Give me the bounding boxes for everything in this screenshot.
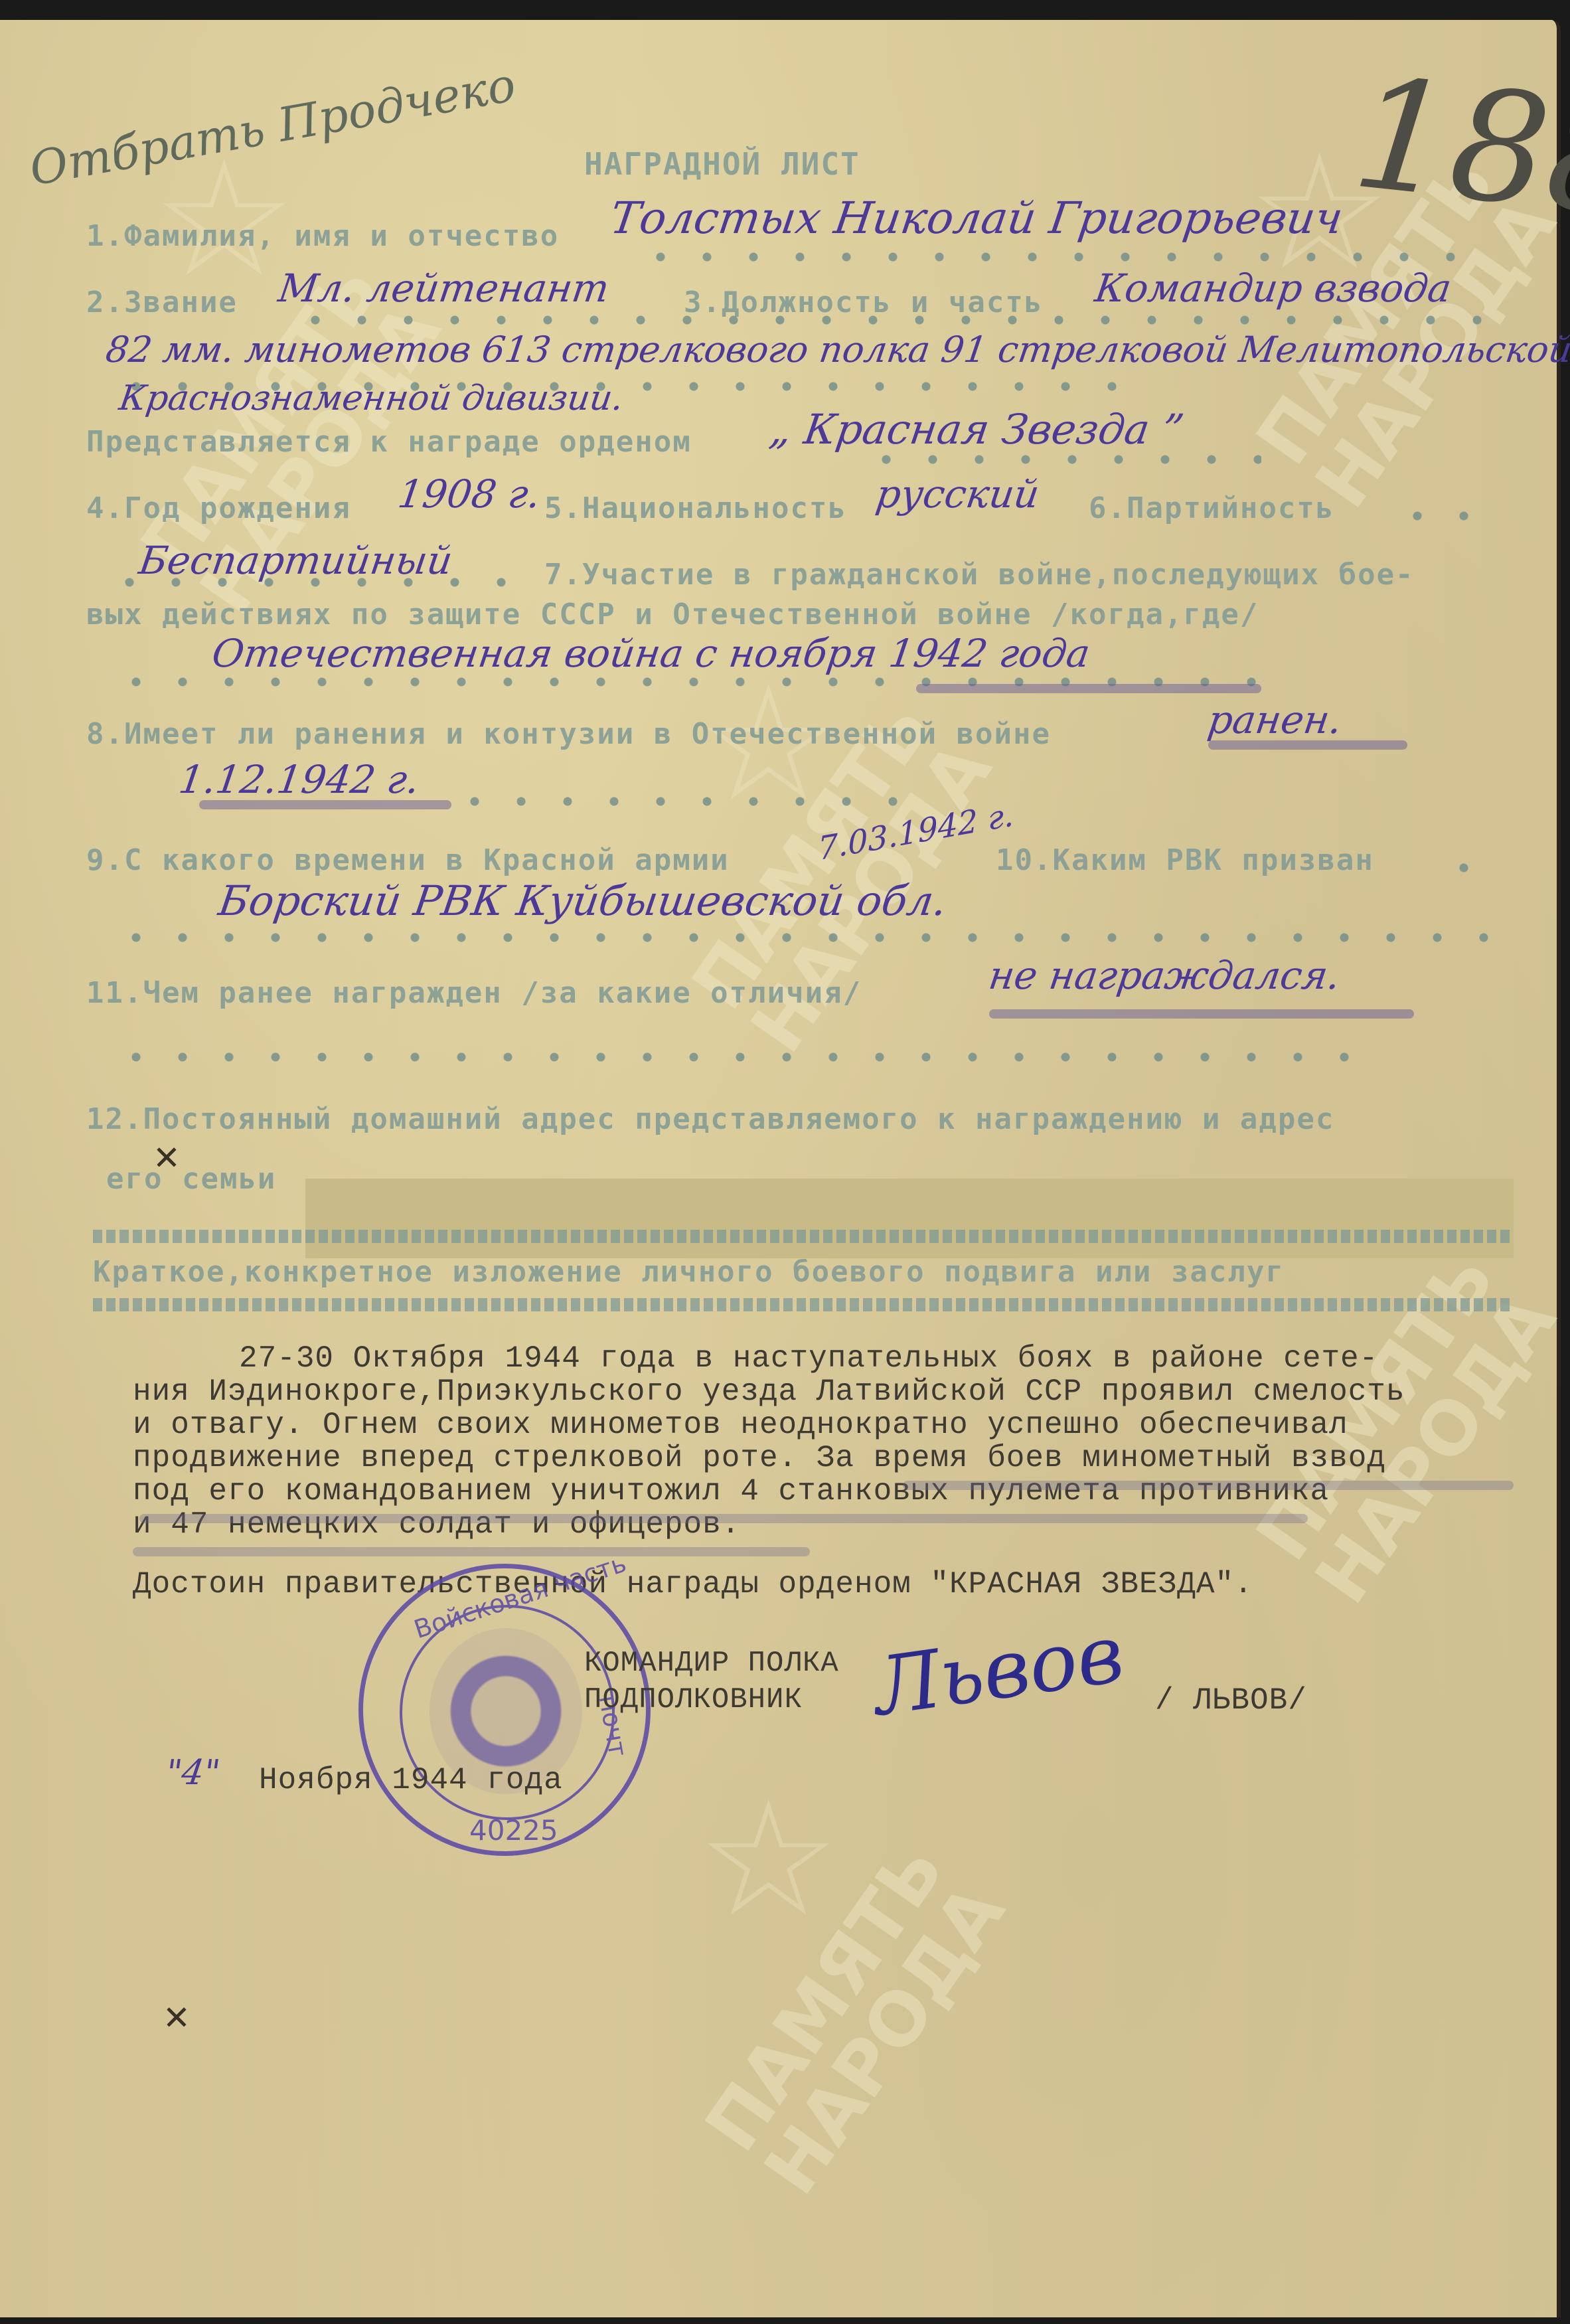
award-value: „ Красная Звезда ”	[767, 405, 1187, 454]
field-2-label: 2.Звание	[86, 286, 238, 319]
dotted-leader	[106, 578, 518, 587]
field-11-value: не награждался.	[986, 953, 1343, 998]
field-8-value-date: 1.12.1942 г.	[176, 757, 422, 802]
field-5-label: 5.Национальность	[544, 491, 847, 525]
field-4-value: 1908 г.	[395, 471, 543, 517]
field-5-value: русский	[873, 471, 1042, 517]
field-7-label-line2: вых действиях по защите СССР и Отечестве…	[86, 598, 1259, 631]
field-10-label: 10.Каким РВК призван	[996, 843, 1374, 877]
field-8-label: 8.Имеет ли ранения и контузии в Отечеств…	[86, 717, 1051, 751]
ink-underline	[989, 1009, 1414, 1019]
award-sheet: ☆ ☆ ☆ ☆ ПАМЯТЬ НАРОДА ПАМЯТЬ НАРОДА ПАМЯ…	[0, 20, 1561, 2317]
field-11-label: 11.Чем ранее награжден /за какие отличия…	[86, 976, 862, 1010]
award-label: Представляется к награде орденом	[86, 425, 692, 459]
pencil-underline	[139, 1514, 1308, 1523]
field-8-value: ранен.	[1205, 697, 1344, 742]
ink-underline	[1208, 740, 1407, 750]
conclusion: Достоин правительственной награды ордено…	[133, 1567, 1253, 1602]
field-9-label: 9.С какого времени в Красной армии	[86, 843, 730, 877]
field-3-label: 3.Должность и часть	[684, 286, 1043, 319]
redacted-address	[305, 1179, 1514, 1258]
body-line: ния Иэдинокроге,Приэкульского уезда Латв…	[133, 1374, 1405, 1409]
signatory-title: КОМАНДИР ПОЛКА	[584, 1647, 839, 1680]
field-7-label-line1: 7.Участие в гражданской войне,последующи…	[544, 558, 1415, 592]
document-title: НАГРАДНОЙ ЛИСТ	[584, 146, 860, 182]
field-2-value: Мл. лейтенант	[275, 266, 612, 311]
dotted-leader	[113, 933, 1520, 942]
paper-damage-mark: ✕	[153, 1139, 181, 1177]
field-3-value: Командир взвода	[1092, 266, 1454, 311]
field-6-label: 6.Партийность	[1089, 491, 1334, 525]
date-month-year: Ноября 1944 года	[259, 1763, 563, 1797]
body-line: под его командованием уничтожил 4 станко…	[133, 1474, 1329, 1509]
stamp-number: 40225	[469, 1814, 558, 1847]
signatory-name: / ЛЬВОВ/	[1155, 1683, 1307, 1718]
field-3-value-line3: Краснознаменной дивизии.	[117, 378, 626, 418]
field-7-value: Отечественная война с ноября 1942 года	[209, 631, 1093, 676]
field-3-value-line2: 82 мм. минометов 613 стрелкового полка 9…	[104, 329, 1570, 371]
sheet-number: 188	[1346, 45, 1570, 252]
field-6-value: Беспартийный	[136, 538, 455, 583]
body-line: продвижение вперед стрелковой роте. За в…	[133, 1441, 1386, 1475]
dotted-leader	[863, 455, 1261, 464]
pencil-underline	[903, 1481, 1514, 1490]
field-4-label: 4.Год рождения	[86, 491, 351, 525]
dotted-leader	[451, 797, 916, 806]
pencil-underline	[133, 1547, 810, 1556]
dotted-leader	[1441, 863, 1494, 872]
dotted-leader	[637, 252, 1487, 262]
signature: Львов	[868, 1612, 1104, 1774]
field-10-value: Борский РВК Куйбышевской обл.	[216, 876, 950, 925]
body-line: и 47 немецких солдат и офицеров.	[133, 1507, 740, 1542]
separator-line	[93, 1230, 1514, 1243]
ink-underline	[199, 800, 451, 809]
paper-damage-mark: ✕	[163, 1999, 191, 2037]
separator-line	[93, 1298, 1514, 1311]
dotted-leader	[1394, 511, 1487, 521]
field-1-value: Толстых Николай Григорьевич	[607, 193, 1346, 244]
field-12-label-line1: 12.Постоянный домашний адрес представляе…	[86, 1102, 1334, 1136]
signatory-rank: ПОДПОЛКОВНИК	[584, 1683, 803, 1716]
dotted-leader	[113, 1052, 1374, 1062]
watermark-star-icon: ☆	[697, 1766, 840, 1952]
field-12-label-line2: его семьи	[106, 1162, 276, 1196]
body-line: и отвагу. Огнем своих минометов неоднокр…	[133, 1408, 1348, 1442]
date-day: "4"	[163, 1753, 222, 1793]
ink-underline	[916, 684, 1261, 693]
summary-heading: Краткое,конкретное изложение личного бое…	[93, 1255, 1285, 1289]
dotted-leader	[292, 315, 1487, 325]
body-line: 27-30 Октября 1944 года в наступательных…	[239, 1341, 1378, 1376]
field-1-label: 1.Фамилия, имя и отчество	[86, 219, 559, 253]
